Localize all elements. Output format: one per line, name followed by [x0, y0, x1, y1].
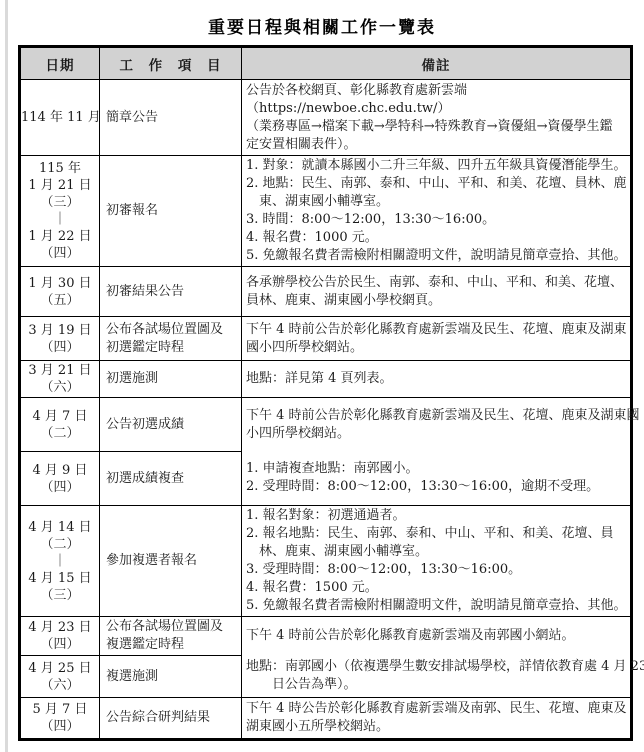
- text-line: （二）: [21, 425, 99, 442]
- date-cell: 1 月 30 日 （五）: [20, 267, 100, 317]
- text-line: 小四所學校網站。: [246, 425, 628, 443]
- text-line: 4 月 14 日: [21, 519, 99, 536]
- table-row: 4 月 9 日 （四） 初選成績複查 1. 申請複查地點：南郭國小。 2. 受理…: [20, 452, 632, 506]
- notes-cell: 各承辦學校公告於民生、南郭、泰和、中山、平和、和美、花壇、 員林、鹿東、湖東國小…: [242, 267, 632, 317]
- table-row: 3 月 19 日 （四） 公布各試場位置圖及 初選鑑定時程 下午 4 時前公告於…: [20, 317, 632, 361]
- notes-cell: 下午 4 時前公告於彰化縣教育處新雲端及南郭國小網站。: [242, 617, 632, 656]
- notes-cell: 下午 4 時前公告於彰化縣教育處新雲端及民生、花壇、鹿東及湖東 國小四所學校網站…: [242, 317, 632, 361]
- date-cell: 4 月 25 日 （六）: [20, 656, 100, 698]
- text-line: 公告初選成績: [106, 416, 241, 434]
- text-line: 3 月 19 日: [21, 322, 99, 339]
- text-line: 初選施測: [106, 370, 241, 388]
- text-line: 4 月 15 日: [21, 570, 99, 587]
- text-line: 國小四所學校網站。: [246, 339, 628, 357]
- text-line: 東、湖東國小輔導室。: [246, 193, 628, 211]
- date-cell: 4 月 23 日 （四）: [20, 617, 100, 656]
- date-cell: 114 年 11 月: [20, 80, 100, 156]
- text-line: （六）: [21, 379, 99, 396]
- date-cell: 4 月 9 日 （四）: [20, 452, 100, 506]
- text-line: 初選成績複查: [106, 470, 241, 488]
- text-line: 參加複選者報名: [106, 552, 241, 570]
- text-line: 初審報名: [106, 202, 241, 220]
- text-line: 複選施測: [106, 668, 241, 686]
- text-line: 公告綜合研判結果: [106, 709, 241, 727]
- text-line: 1 月 30 日: [21, 275, 99, 292]
- text-line: 湖東國小五所學校網站。: [246, 718, 628, 736]
- table-row: 4 月 25 日 （六） 複選施測 地點：南郭國小（依複選學生數安排試場學校，詳…: [20, 656, 632, 698]
- date-range-bar: ｜: [21, 211, 99, 228]
- text-line: 4 月 7 日: [21, 408, 99, 425]
- text-line: 各承辦學校公告於民生、南郭、泰和、中山、平和、和美、花壇、: [246, 274, 628, 292]
- text-line: （三）: [21, 194, 99, 211]
- table-row: 4 月 23 日 （四） 公布各試場位置圖及 複選鑑定時程 下午 4 時前公告於…: [20, 617, 632, 656]
- task-cell: 初選施測: [100, 361, 242, 398]
- table-row: 115 年 1 月 21 日 （三） ｜ 1 月 22 日 （四） 初審報名 1…: [20, 156, 632, 267]
- header-task: 工 作 項 目: [100, 47, 242, 80]
- text-line: 4 月 9 日: [21, 462, 99, 479]
- date-cell: 115 年 1 月 21 日 （三） ｜ 1 月 22 日 （四）: [20, 156, 100, 267]
- text-line: （六）: [21, 677, 99, 694]
- task-cell: 公告綜合研判結果: [100, 698, 242, 740]
- task-cell: 初審報名: [100, 156, 242, 267]
- task-cell: 複選施測: [100, 656, 242, 698]
- text-line: 115 年: [21, 160, 99, 177]
- text-line: 5 月 7 日: [21, 701, 99, 718]
- text-line: 員林、鹿東、湖東國小學校網頁。: [246, 292, 628, 310]
- text-line: 1 月 22 日: [21, 228, 99, 245]
- text-line: 日公告為準）。: [246, 676, 628, 694]
- text-line: （https://newboe.chc.edu.tw/）: [246, 100, 628, 118]
- notes-cell: 下午 4 時前公告於彰化縣教育處新雲端及民生、花壇、鹿東及湖東國 小四所學校網站…: [242, 398, 632, 452]
- text-line: 5. 免繳報名費者需檢附相關證明文件，說明請見簡章壹拾、其他。: [246, 247, 628, 265]
- text-line: 下午 4 時公告於彰化縣教育處新雲端及南郭、民生、花壇、鹿東及: [246, 700, 628, 718]
- text-line: 5. 免繳報名費者需檢附相關證明文件，說明請見簡章壹拾、其他。: [246, 597, 628, 615]
- date-cell: 5 月 7 日 （四）: [20, 698, 100, 740]
- text-line: 1. 對象：就讀本縣國小二升三年級、四升五年級具資優潛能學生。: [246, 157, 628, 175]
- task-cell: 初審結果公告: [100, 267, 242, 317]
- text-line: 下午 4 時前公告於彰化縣教育處新雲端及民生、花壇、鹿東及湖東: [246, 321, 628, 339]
- notes-cell: 地點：南郭國小（依複選學生數安排試場學校，詳情依教育處 4 月 23 日公告為準…: [242, 656, 632, 698]
- text-line: 3 月 21 日: [21, 362, 99, 379]
- text-line: 3. 時間：8:00～12:00，13:30～16:00。: [246, 211, 628, 229]
- text-line: 林、鹿東、湖東國小輔導室。: [246, 543, 628, 561]
- date-cell: 3 月 21 日 （六）: [20, 361, 100, 398]
- text-line: （二）: [21, 536, 99, 553]
- text-line: 4. 報名費：1500 元。: [246, 579, 628, 597]
- notes-cell: 1. 對象：就讀本縣國小二升三年級、四升五年級具資優潛能學生。 2. 地點：民生…: [242, 156, 632, 267]
- task-cell: 初選成績複查: [100, 452, 242, 506]
- date-cell: 4 月 14 日 （二） ｜ 4 月 15 日 （三）: [20, 506, 100, 617]
- table-row: 1 月 30 日 （五） 初審結果公告 各承辦學校公告於民生、南郭、泰和、中山、…: [20, 267, 632, 317]
- text-line: 簡章公告: [106, 109, 241, 127]
- table-row: 4 月 7 日 （二） 公告初選成績 下午 4 時前公告於彰化縣教育處新雲端及民…: [20, 398, 632, 452]
- text-line: （四）: [21, 245, 99, 262]
- date-cell: 4 月 7 日 （二）: [20, 398, 100, 452]
- text-line: （四）: [21, 718, 99, 735]
- task-cell: 簡章公告: [100, 80, 242, 156]
- text-line: 4. 報名費：1000 元。: [246, 229, 628, 247]
- text-line: 1 月 21 日: [21, 177, 99, 194]
- table-row: 4 月 14 日 （二） ｜ 4 月 15 日 （三） 參加複選者報名 1. 報…: [20, 506, 632, 617]
- table-row: 5 月 7 日 （四） 公告綜合研判結果 下午 4 時公告於彰化縣教育處新雲端及…: [20, 698, 632, 740]
- text-line: 地點：南郭國小（依複選學生數安排試場學校，詳情依教育處 4 月 23: [246, 658, 628, 676]
- text-line: 3. 受理時間：8:00～12:00，13:30～16:00。: [246, 561, 628, 579]
- text-line: 下午 4 時前公告於彰化縣教育處新雲端及南郭國小網站。: [246, 627, 628, 645]
- text-line: 4 月 23 日: [21, 619, 99, 636]
- text-line: （業務專區→檔案下載→學特科→特殊教育→資優組→資優學生鑑: [246, 118, 628, 136]
- text-line: （四）: [21, 479, 99, 496]
- text-line: （五）: [21, 292, 99, 309]
- header-notes: 備註: [242, 47, 632, 80]
- text-line: 1. 報名對象：初選通過者。: [246, 507, 628, 525]
- task-cell: 公布各試場位置圖及 複選鑑定時程: [100, 617, 242, 656]
- text-line: 2. 受理時間：8:00～12:00，13:30～16:00，逾期不受理。: [246, 478, 628, 496]
- date-cell: 3 月 19 日 （四）: [20, 317, 100, 361]
- text-line: 1. 申請複查地點：南郭國小。: [246, 460, 628, 478]
- text-line: （四）: [21, 339, 99, 356]
- table-header-row: 日期 工 作 項 目 備註: [20, 47, 632, 80]
- notes-cell: 地點：詳見第 4 頁列表。: [242, 361, 632, 398]
- text-line: 公布各試場位置圖及: [106, 321, 241, 339]
- header-date: 日期: [20, 47, 100, 80]
- task-cell: 公告初選成績: [100, 398, 242, 452]
- text-line: 下午 4 時前公告於彰化縣教育處新雲端及民生、花壇、鹿東及湖東國: [246, 407, 628, 425]
- text-line: 初審結果公告: [106, 283, 241, 301]
- notes-cell: 1. 報名對象：初選通過者。 2. 報名地點：民生、南郭、泰和、中山、平和、和美…: [242, 506, 632, 617]
- text-line: 2. 報名地點：民生、南郭、泰和、中山、平和、和美、花壇、員: [246, 525, 628, 543]
- text-line: （四）: [21, 636, 99, 653]
- text-line: 114 年 11 月: [21, 109, 99, 126]
- task-cell: 參加複選者報名: [100, 506, 242, 617]
- text-line: 2. 地點：民生、南郭、泰和、中山、平和、和美、花壇、員林、鹿: [246, 175, 628, 193]
- notes-cell: 下午 4 時公告於彰化縣教育處新雲端及南郭、民生、花壇、鹿東及 湖東國小五所學校…: [242, 698, 632, 740]
- date-range-bar: ｜: [21, 553, 99, 570]
- notes-cell: 公告於各校網頁、彰化縣教育處新雲端 （https://newboe.chc.ed…: [242, 80, 632, 156]
- task-cell: 公布各試場位置圖及 初選鑑定時程: [100, 317, 242, 361]
- scan-page-edge: [5, 0, 8, 752]
- text-line: 4 月 25 日: [21, 660, 99, 677]
- text-line: 公告於各校網頁、彰化縣教育處新雲端: [246, 82, 628, 100]
- page-title: 重要日程與相關工作一覽表: [0, 13, 644, 38]
- table-row: 3 月 21 日 （六） 初選施測 地點：詳見第 4 頁列表。: [20, 361, 632, 398]
- notes-cell: 1. 申請複查地點：南郭國小。 2. 受理時間：8:00～12:00，13:30…: [242, 452, 632, 506]
- text-line: （三）: [21, 587, 99, 604]
- text-line: 定安置相關表件）。: [246, 136, 628, 154]
- text-line: 初選鑑定時程: [106, 339, 241, 357]
- schedule-table: 日期 工 作 項 目 備註 114 年 11 月 簡章公告 公告於各校網頁、彰化…: [18, 45, 633, 741]
- text-line: 地點：詳見第 4 頁列表。: [246, 370, 628, 388]
- table-row: 114 年 11 月 簡章公告 公告於各校網頁、彰化縣教育處新雲端 （https…: [20, 80, 632, 156]
- text-line: 公布各試場位置圖及: [106, 618, 241, 636]
- text-line: 複選鑑定時程: [106, 636, 241, 654]
